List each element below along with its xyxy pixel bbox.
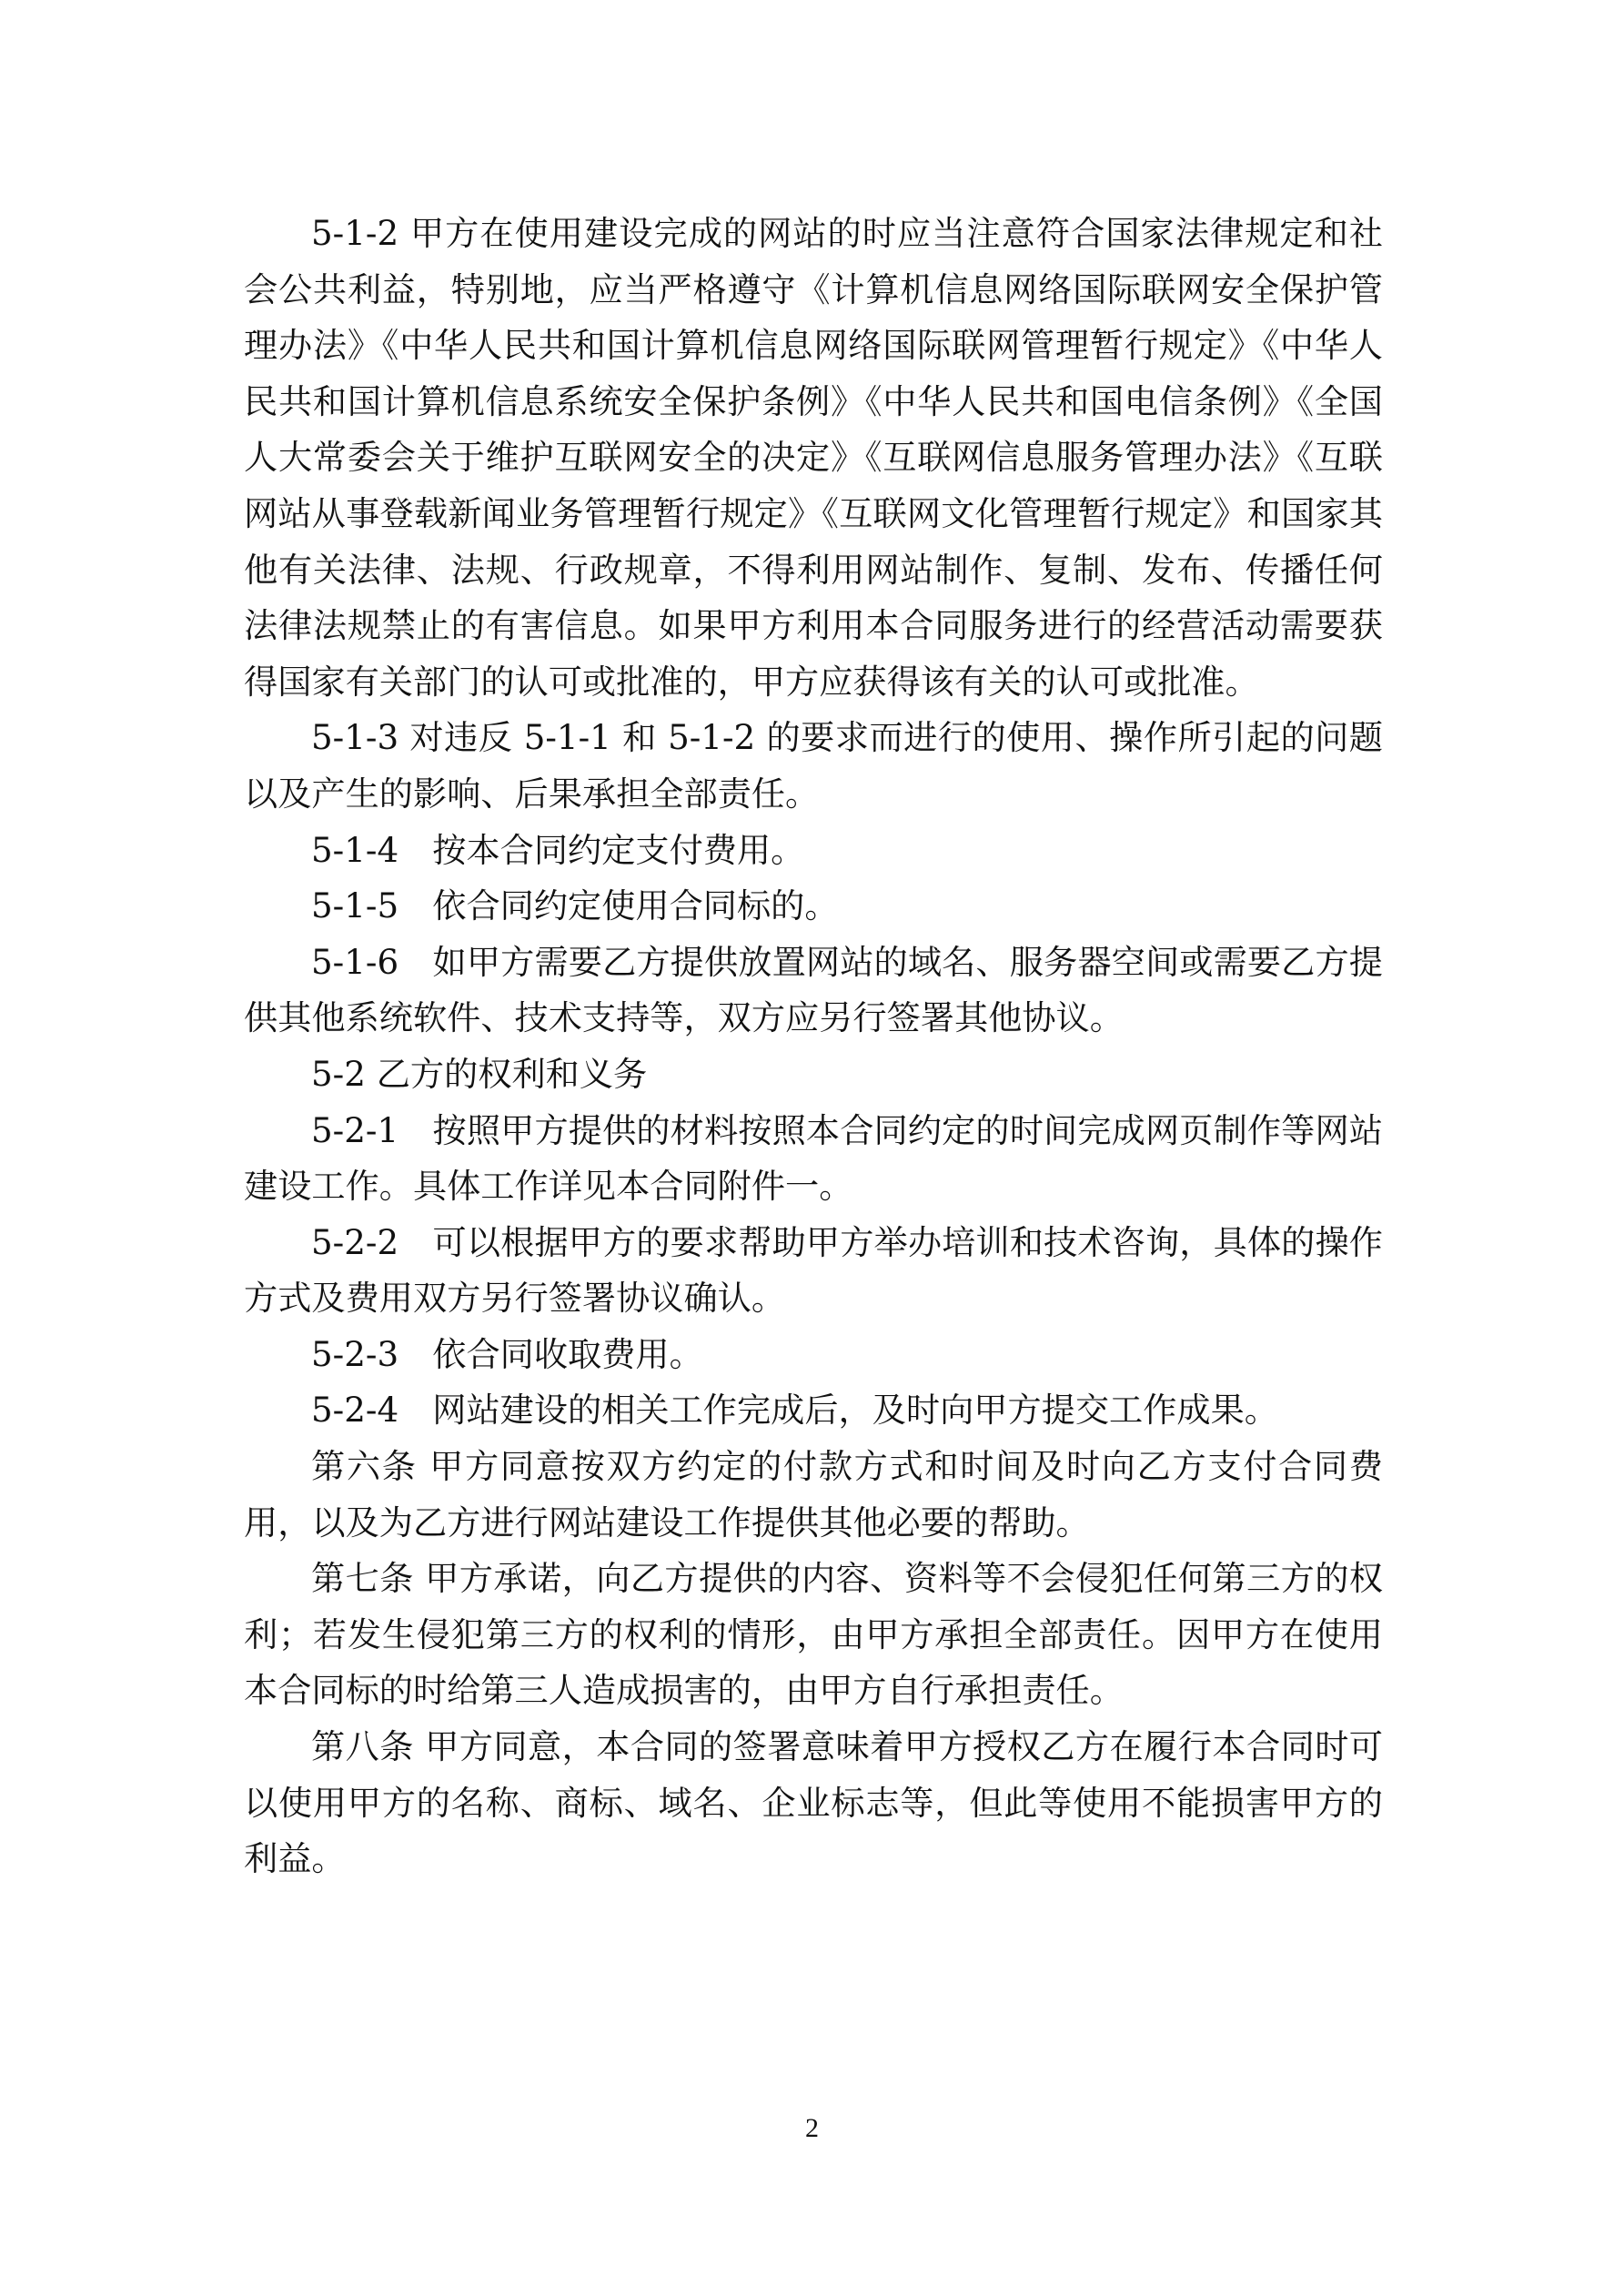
clause-5-1-5: 5-1-5 依合同约定使用合同标的。 [244, 878, 1383, 935]
clause-5-2-1: 5-2-1 按照甲方提供的材料按照本合同约定的时间完成网页制作等网站建设工作。具… [244, 1103, 1383, 1215]
article-8: 第八条 甲方同意，本合同的签署意味着甲方授权乙方在履行本合同时可以使用甲方的名称… [244, 1719, 1383, 1887]
section-heading-5-2: 5-2 乙方的权利和义务 [244, 1047, 1383, 1103]
clause-5-2-4: 5-2-4 网站建设的相关工作完成后，及时向甲方提交工作成果。 [244, 1382, 1383, 1439]
clause-5-1-6: 5-1-6 如甲方需要乙方提供放置网站的域名、服务器空间或需要乙方提供其他系统软… [244, 935, 1383, 1047]
clause-5-2-2: 5-2-2 可以根据甲方的要求帮助甲方举办培训和技术咨询，具体的操作方式及费用双… [244, 1215, 1383, 1327]
document-page: 5-1-2 甲方在使用建设完成的网站的时应当注意符合国家法律规定和社会公共利益，… [244, 206, 1383, 1887]
clause-5-2-3: 5-2-3 依合同收取费用。 [244, 1327, 1383, 1383]
clause-5-1-2: 5-1-2 甲方在使用建设完成的网站的时应当注意符合国家法律规定和社会公共利益，… [244, 206, 1383, 710]
article-7: 第七条 甲方承诺，向乙方提供的内容、资料等不会侵犯任何第三方的权利；若发生侵犯第… [244, 1551, 1383, 1719]
article-6: 第六条 甲方同意按双方约定的付款方式和时间及时向乙方支付合同费用，以及为乙方进行… [244, 1439, 1383, 1551]
clause-5-1-3: 5-1-3 对违反 5-1-1 和 5-1-2 的要求而进行的使用、操作所引起的… [244, 710, 1383, 822]
page-number: 2 [0, 2113, 1624, 2144]
clause-5-1-4: 5-1-4 按本合同约定支付费用。 [244, 823, 1383, 879]
